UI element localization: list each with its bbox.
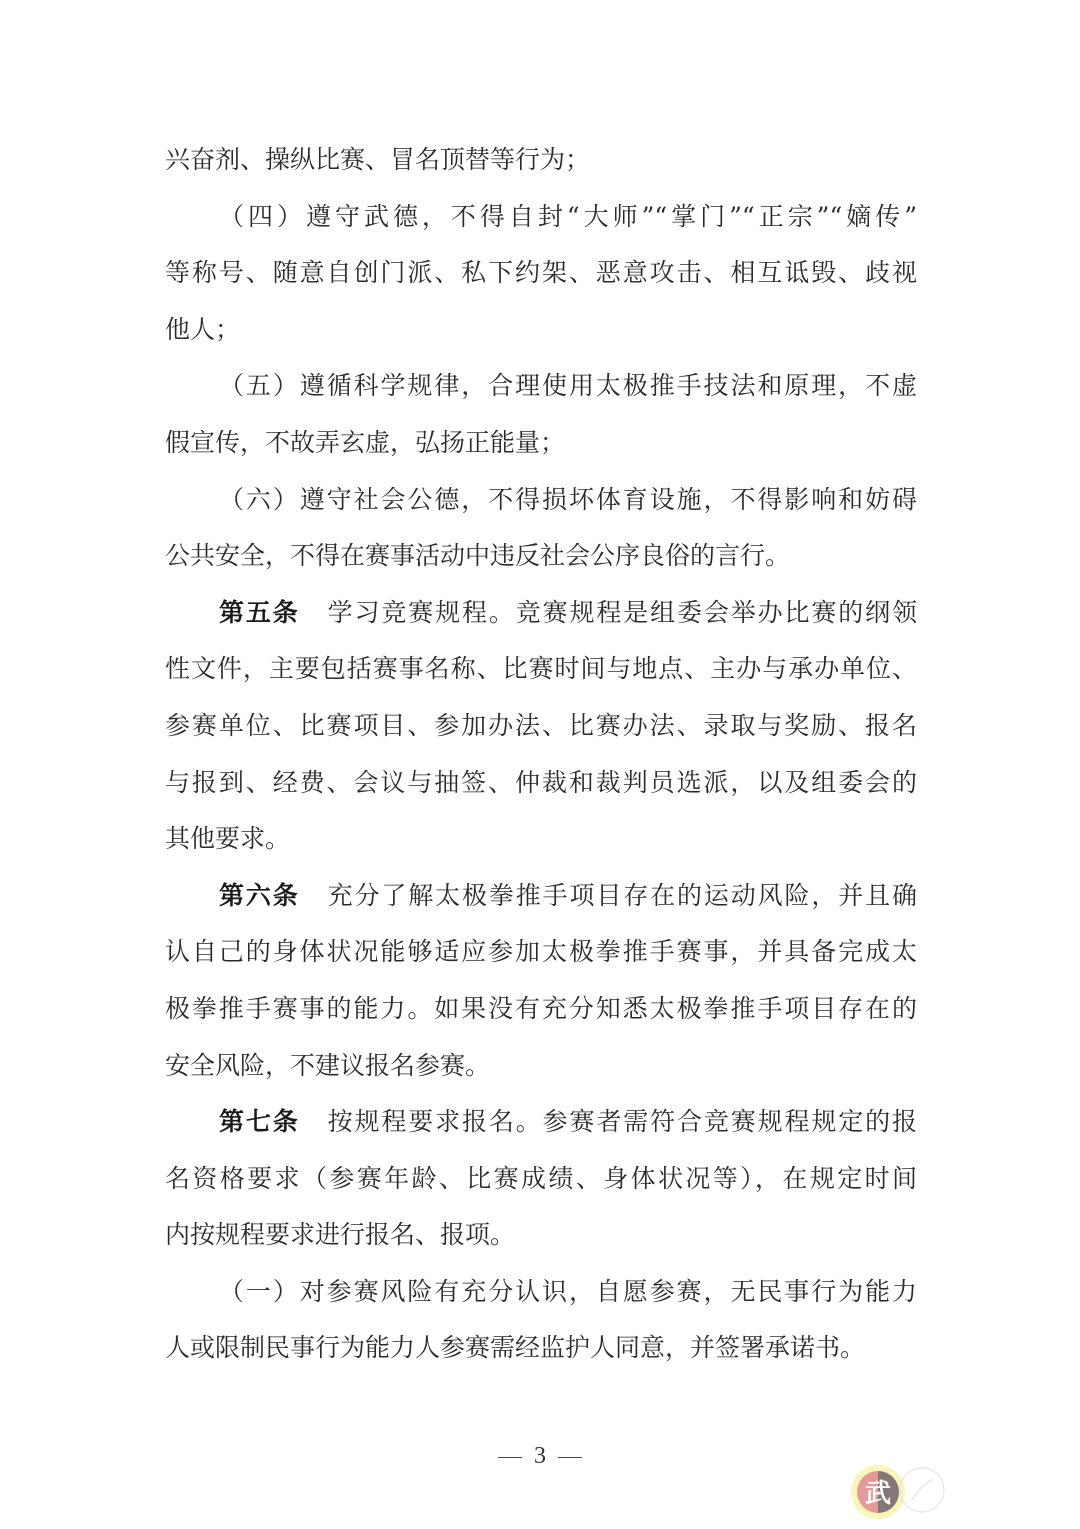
dash-left bbox=[498, 1457, 522, 1459]
article-label: 第五条 bbox=[219, 598, 300, 627]
page-number-value: 3 bbox=[534, 1443, 546, 1469]
text-line: 公共安全，不得在赛事活动中违反社会公序良俗的言行。 bbox=[165, 528, 917, 585]
text-line: 内按规程要求进行报名、报项。 bbox=[165, 1207, 917, 1264]
article-label: 第七条 bbox=[219, 1107, 300, 1136]
article-first-line: 第七条按规程要求报名。参赛者需符合竞赛规程规定的报 bbox=[165, 1094, 917, 1151]
wushu-association-logo-icon: 武 bbox=[850, 1462, 950, 1522]
text-line: 其他要求。 bbox=[165, 811, 917, 868]
text-line: 人或限制民事行为能力人参赛需经监护人同意，并签署承诺书。 bbox=[165, 1320, 917, 1377]
text-line: 名资格要求（参赛年龄、比赛成绩、身体状况等），在规定时间 bbox=[165, 1151, 917, 1208]
text-line: （四）遵守武德，不得自封“大师”“掌门”“正宗”“嫡传” bbox=[165, 189, 917, 246]
article-label: 第六条 bbox=[219, 881, 300, 910]
text-line: 参赛单位、比赛项目、参加办法、比赛办法、录取与奖励、报名 bbox=[165, 698, 917, 755]
text-line: 假宣传，不故弄玄虚，弘扬正能量； bbox=[165, 415, 917, 472]
text-line: 性文件，主要包括赛事名称、比赛时间与地点、主办与承办单位、 bbox=[165, 641, 917, 698]
document-page: 兴奋剂、操纵比赛、冒名顶替等行为； （四）遵守武德，不得自封“大师”“掌门”“正… bbox=[165, 132, 917, 1377]
text-line: 充分了解太极拳推手项目存在的运动风险，并且确 bbox=[328, 881, 917, 910]
text-line: 安全风险，不建议报名参赛。 bbox=[165, 1038, 917, 1095]
text-line: 学习竞赛规程。竞赛规程是组委会举办比赛的纲领 bbox=[328, 598, 917, 627]
text-line: 认自己的身体状况能够适应参加太极拳推手赛事，并具备完成太 bbox=[165, 924, 917, 981]
text-line: 按规程要求报名。参赛者需符合竞赛规程规定的报 bbox=[328, 1107, 917, 1136]
text-line: （五）遵循科学规律，合理使用太极推手技法和原理，不虚 bbox=[165, 358, 917, 415]
text-line: 兴奋剂、操纵比赛、冒名顶替等行为； bbox=[165, 132, 917, 189]
article-first-line: 第六条充分了解太极拳推手项目存在的运动风险，并且确 bbox=[165, 868, 917, 925]
article-first-line: 第五条学习竞赛规程。竞赛规程是组委会举办比赛的纲领 bbox=[165, 585, 917, 642]
text-line: 他人； bbox=[165, 302, 917, 359]
text-line: （一）对参赛风险有充分认识，自愿参赛，无民事行为能力 bbox=[165, 1264, 917, 1321]
svg-text:武: 武 bbox=[865, 1479, 891, 1509]
text-line: 与报到、经费、会议与抽签、仲裁和裁判员选派，以及组委会的 bbox=[165, 755, 917, 812]
text-line: 极拳推手赛事的能力。如果没有充分知悉太极拳推手项目存在的 bbox=[165, 981, 917, 1038]
text-line: （六）遵守社会公德，不得损坏体育设施，不得影响和妨碍 bbox=[165, 472, 917, 529]
text-line: 等称号、随意自创门派、私下约架、恶意攻击、相互诋毁、歧视 bbox=[165, 245, 917, 302]
dash-right bbox=[558, 1457, 582, 1459]
